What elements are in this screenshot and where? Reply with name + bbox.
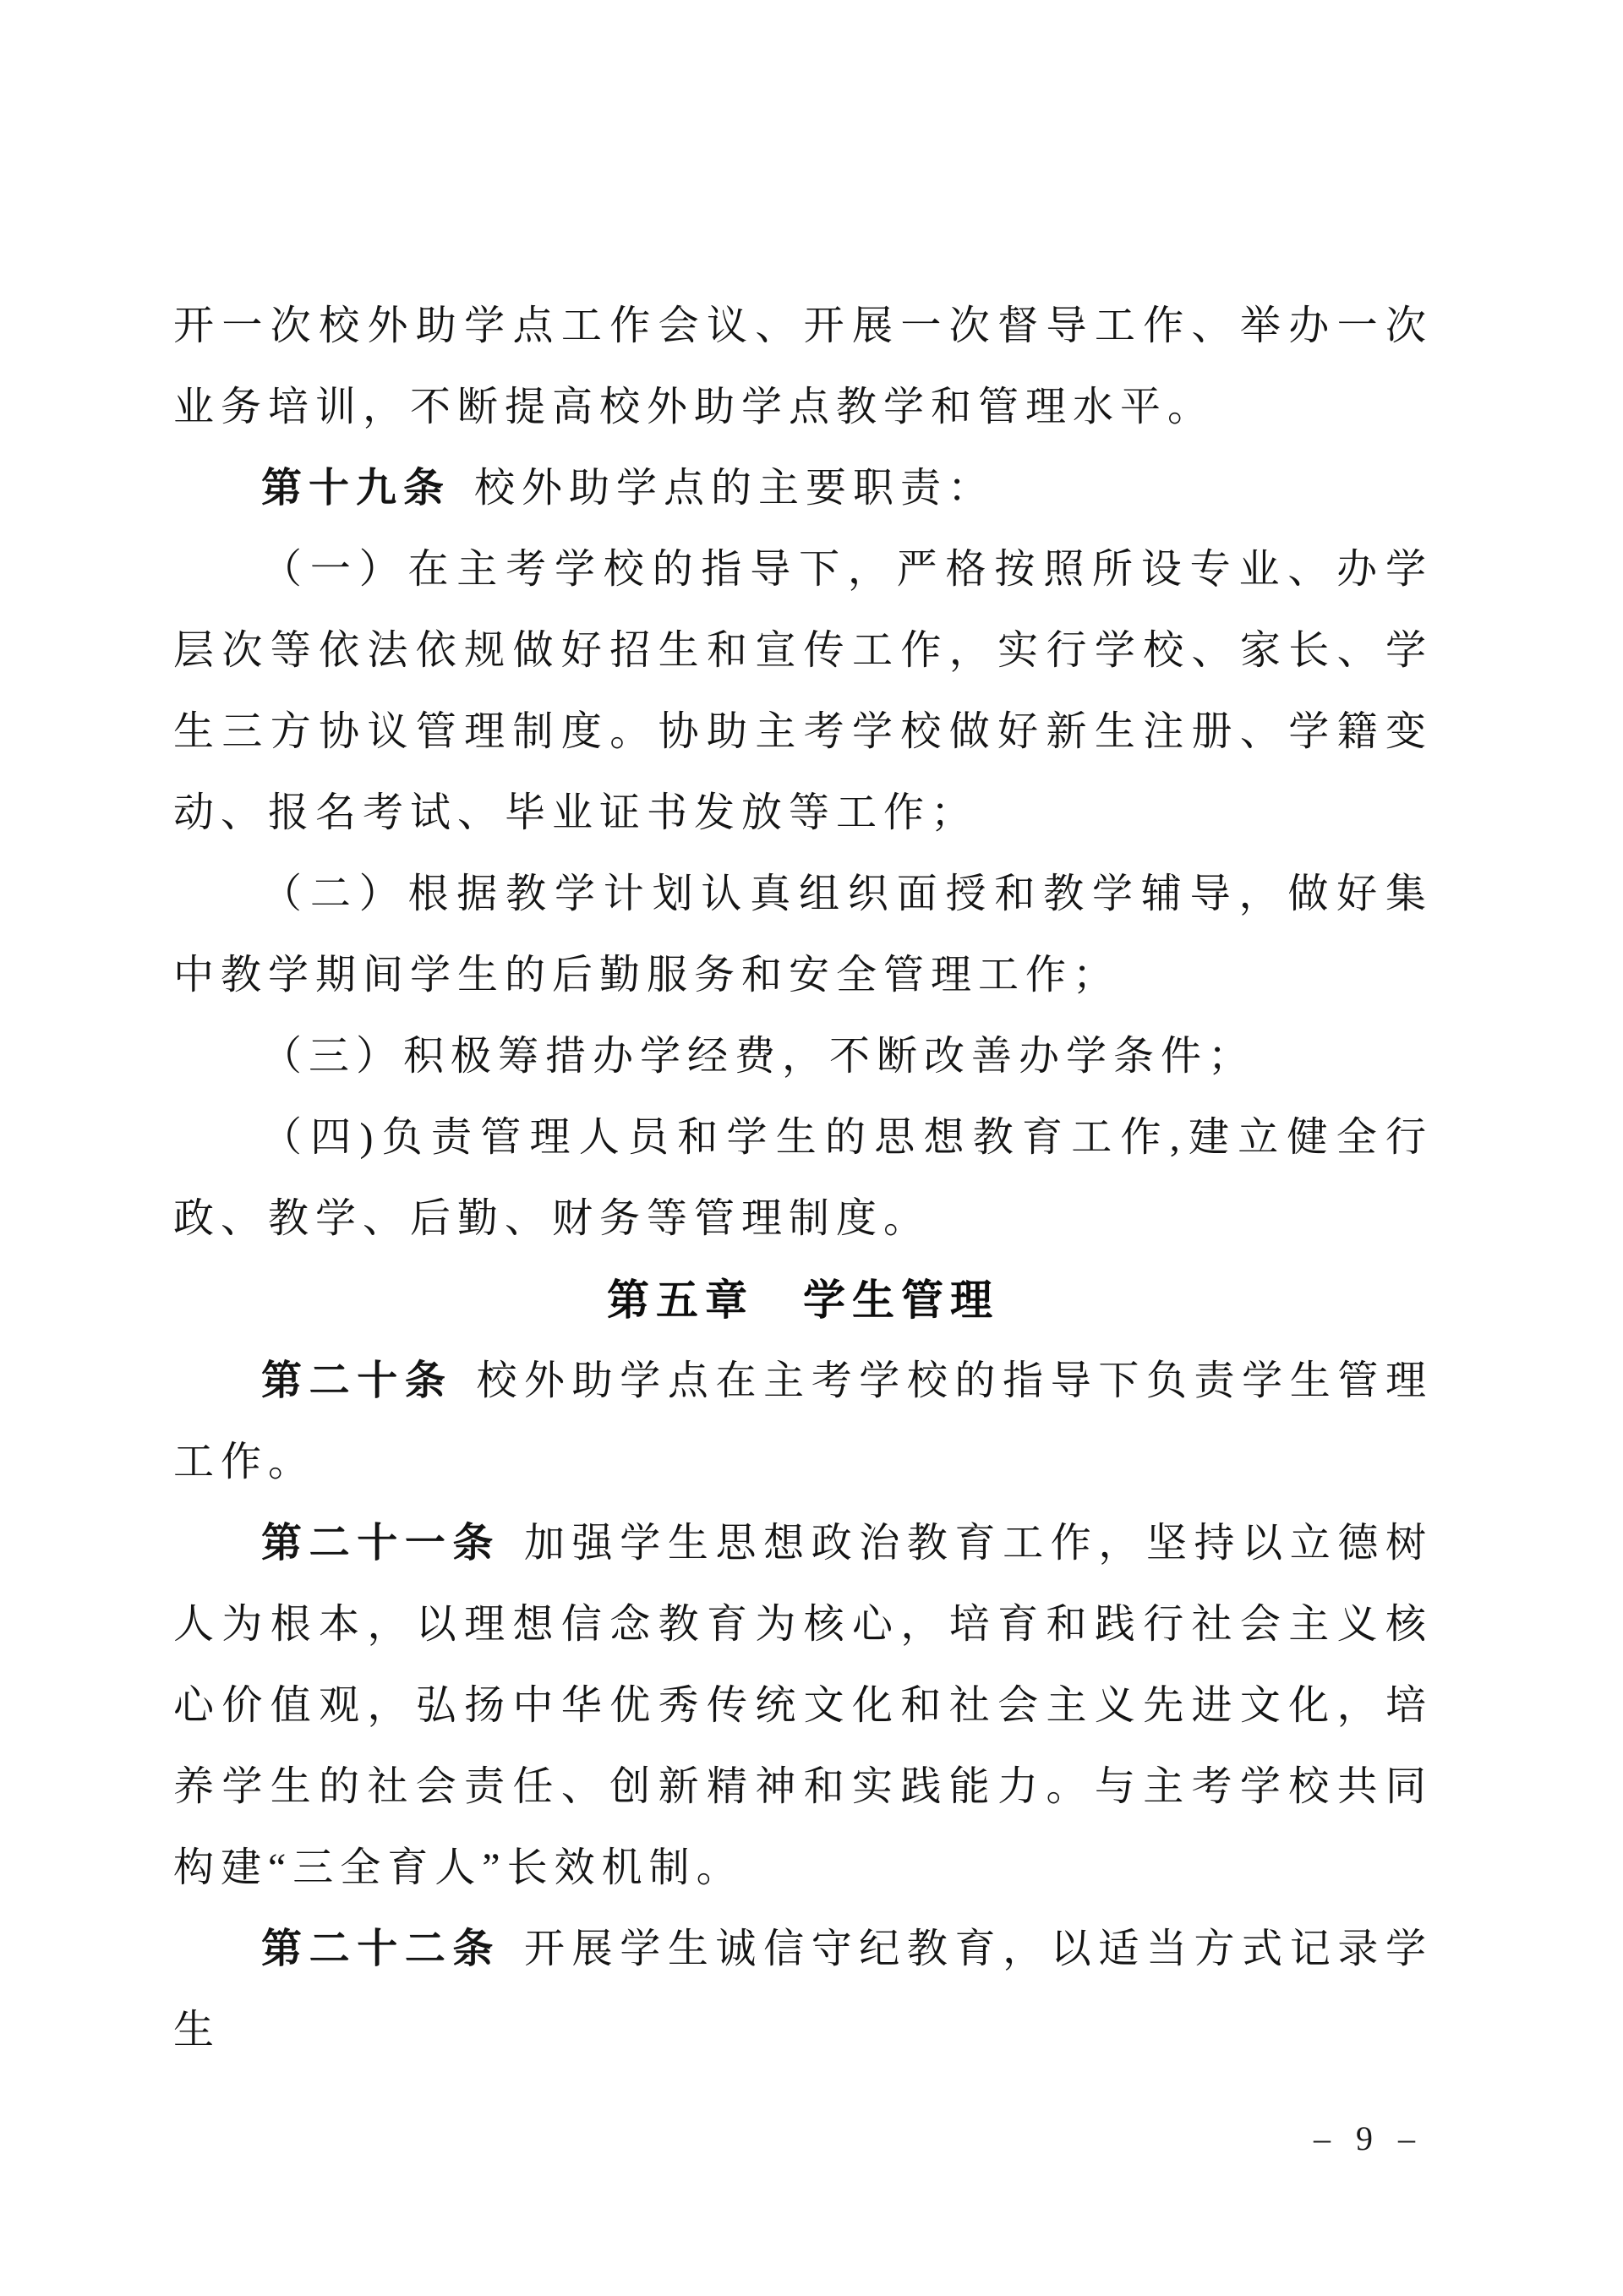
document-page: { "page": { "background_color": "#ffffff… — [0, 0, 1623, 2296]
chapter-heading: 第五章 学生管理 — [173, 1260, 1433, 1341]
chapter-heading-text: 第五章 学生管理 — [607, 1276, 999, 1324]
paragraph-text: 加强学生思想政治教育工作，坚持以立德树人为根本，以理想信念教育为核心，培育和践行… — [173, 1521, 1433, 1890]
article-number: 第二十条 — [261, 1358, 452, 1403]
paragraph-text: （二）根据教学计划认真组织面授和教学辅导，做好集中教学期间学生的后勤服务和安全管… — [173, 872, 1433, 998]
paragraph-item-2: （二）根据教学计划认真组织面授和教学辅导，做好集中教学期间学生的后勤服务和安全管… — [173, 854, 1433, 1016]
paragraph-item-3: （三）积极筹措办学经费，不断改善办学条件； — [173, 1016, 1433, 1097]
page-number: – 9 – — [1314, 2115, 1424, 2162]
paragraph-text: 开一次校外助学点工作会议、开展一次督导工作、举办一次业务培训，不断提高校外助学点… — [173, 303, 1433, 429]
article-number: 第二十一条 — [261, 1521, 500, 1566]
paragraph-text: （四)负责管理人员和学生的思想教育工作,建立健全行政、教学、后勤、财务等管理制度… — [173, 1115, 1433, 1241]
paragraph-item-1: （一）在主考学校的指导下，严格按照所设专业、办学层次等依法依规做好招生和宣传工作… — [173, 529, 1433, 854]
paragraph-article-22: 第二十二条开展学生诚信守纪教育，以适当方式记录学生 — [173, 1909, 1433, 2071]
paragraph-text: 校外助学点的主要职责： — [474, 466, 995, 511]
document-body: 开一次校外助学点工作会议、开展一次督导工作、举办一次业务培训，不断提高校外助学点… — [173, 286, 1433, 2071]
paragraph-article-19: 第十九条校外助学点的主要职责： — [173, 448, 1433, 529]
paragraph-text: （一）在主考学校的指导下，严格按照所设专业、办学层次等依法依规做好招生和宣传工作… — [173, 547, 1433, 835]
paragraph-article-20: 第二十条校外助学点在主考学校的指导下负责学生管理工作。 — [173, 1341, 1433, 1503]
article-number: 第十九条 — [261, 466, 451, 511]
paragraph-article-21: 第二十一条加强学生思想政治教育工作，坚持以立德树人为根本，以理想信念教育为核心，… — [173, 1503, 1433, 1909]
paragraph-text: （三）积极筹措办学经费，不断改善办学条件； — [261, 1034, 1255, 1079]
article-number: 第二十二条 — [261, 1927, 500, 1971]
paragraph-continuation: 开一次校外助学点工作会议、开展一次督导工作、举办一次业务培训，不断提高校外助学点… — [173, 286, 1433, 448]
paragraph-item-4: （四)负责管理人员和学生的思想教育工作,建立健全行政、教学、后勤、财务等管理制度… — [173, 1097, 1433, 1260]
